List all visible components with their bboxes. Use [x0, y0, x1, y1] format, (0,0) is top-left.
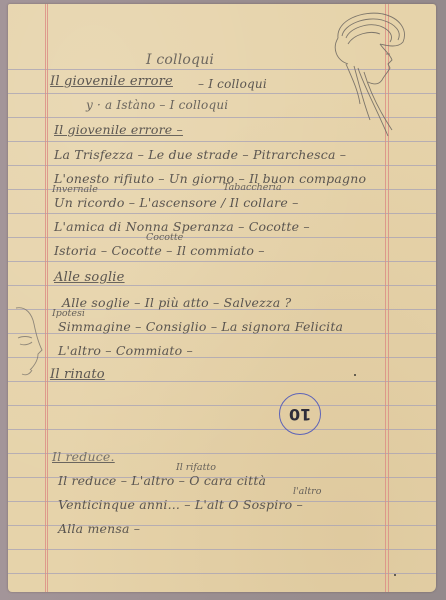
manuscript-line: Un ricordo – L'ascensore / Il collare – [54, 195, 299, 210]
ruled-line [8, 405, 436, 406]
manuscript-line: Istoria – Cocotte – Il commiato – [54, 243, 265, 258]
manuscript-line: La Trisfezza – Le due strade – Pitrarche… [54, 147, 346, 162]
ruled-line [8, 213, 436, 214]
manuscript-line: Venticinque anni... – L'alt O Sospiro – [58, 497, 303, 512]
manuscript-line: L'altro – Commiato – [58, 343, 193, 358]
ruled-line [8, 573, 436, 574]
manuscript-line: Alla mensa – [58, 521, 140, 536]
section-heading-line2: y · a Istàno – I colloqui [86, 98, 228, 112]
woman-profile-sketch-icon [318, 8, 418, 148]
ruled-line [8, 165, 436, 166]
section-heading: Il giovenile errore [50, 74, 173, 89]
manuscript-line: Il reduce – L'altro – O cara città [58, 473, 266, 488]
manuscript-line: Il rinato [50, 367, 105, 382]
page-title: I colloqui [146, 52, 214, 68]
section-heading: Alle soglie [54, 270, 125, 285]
ruled-line [8, 237, 436, 238]
section-heading-note: – I colloqui [198, 77, 267, 91]
ruled-line [8, 261, 436, 262]
pencil-mark [354, 374, 356, 376]
interlinear-note: Ipotesi [52, 308, 85, 319]
interlinear-note: Invernale [52, 184, 98, 195]
section-subheading: Il giovenile errore – [54, 122, 183, 137]
archive-stamp: 10 [279, 393, 321, 435]
ruled-line [8, 285, 436, 286]
section-heading: Il reduce. [52, 449, 115, 464]
ruled-line [8, 549, 436, 550]
manuscript-line: Alle soglie – Il più atto – Salvezza ? [62, 295, 291, 310]
interlinear-note: l'altro [293, 486, 321, 497]
manuscript-line: L'onesto rifiuto – Un giorno – Il buon c… [54, 171, 366, 186]
left-margin-line [45, 4, 46, 592]
manuscript-page: I colloqui Il giovenile errore – I collo… [8, 4, 436, 592]
ruled-line [8, 429, 436, 430]
face-profile-sketch-icon [8, 304, 44, 384]
interlinear-note: Cocotte [146, 232, 183, 243]
interlinear-note: Il rifatto [176, 462, 216, 473]
pencil-mark [394, 574, 396, 576]
interlinear-note: Tabaccheria [223, 182, 282, 193]
left-margin-line [47, 4, 48, 592]
manuscript-line: Simmagine – Consiglio – La signora Felic… [58, 319, 343, 334]
stamp-number: 10 [289, 405, 311, 424]
